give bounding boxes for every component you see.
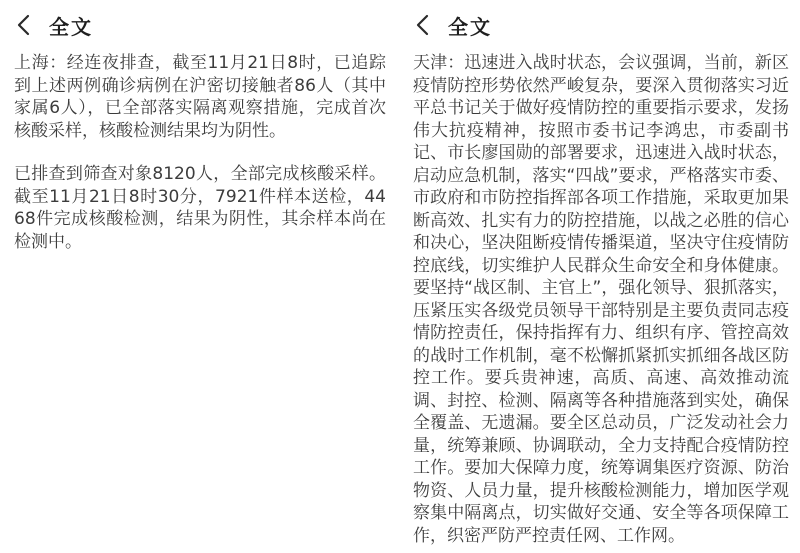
article-panel-shanghai: 全文 上海：经连夜排查，截至11月21日8时，已追踪到上述两例确诊病例在沪密切接… [14, 0, 386, 553]
article-paragraph: 上海：经连夜排查，截至11月21日8时，已追踪到上述两例确诊病例在沪密切接触者8… [14, 52, 386, 142]
back-button[interactable] [415, 13, 433, 37]
chevron-left-icon [16, 14, 30, 36]
back-button[interactable] [16, 13, 34, 37]
panel-header: 全文 [14, 0, 386, 38]
page-title: 全文 [49, 11, 93, 40]
panel-header: 全文 [413, 0, 789, 38]
screenshot-canvas: 全文 上海：经连夜排查，截至11月21日8时，已追踪到上述两例确诊病例在沪密切接… [0, 0, 800, 553]
article-body: 天津：迅速进入战时状态，会议强调，当前，新区疫情防控形势依然严峻复杂，要深入贯彻… [413, 52, 789, 547]
article-paragraph: 已排查到筛查对象8120人，全部完成核酸采样。截至11月21日8时30分，792… [14, 163, 386, 253]
page-title: 全文 [448, 11, 492, 40]
article-paragraph: 天津：迅速进入战时状态，会议强调，当前，新区疫情防控形势依然严峻复杂，要深入贯彻… [413, 52, 789, 547]
article-body: 上海：经连夜排查，截至11月21日8时，已追踪到上述两例确诊病例在沪密切接触者8… [14, 52, 386, 253]
chevron-left-icon [415, 14, 429, 36]
article-panel-tianjin: 全文 天津：迅速进入战时状态，会议强调，当前，新区疫情防控形势依然严峻复杂，要深… [413, 0, 789, 553]
